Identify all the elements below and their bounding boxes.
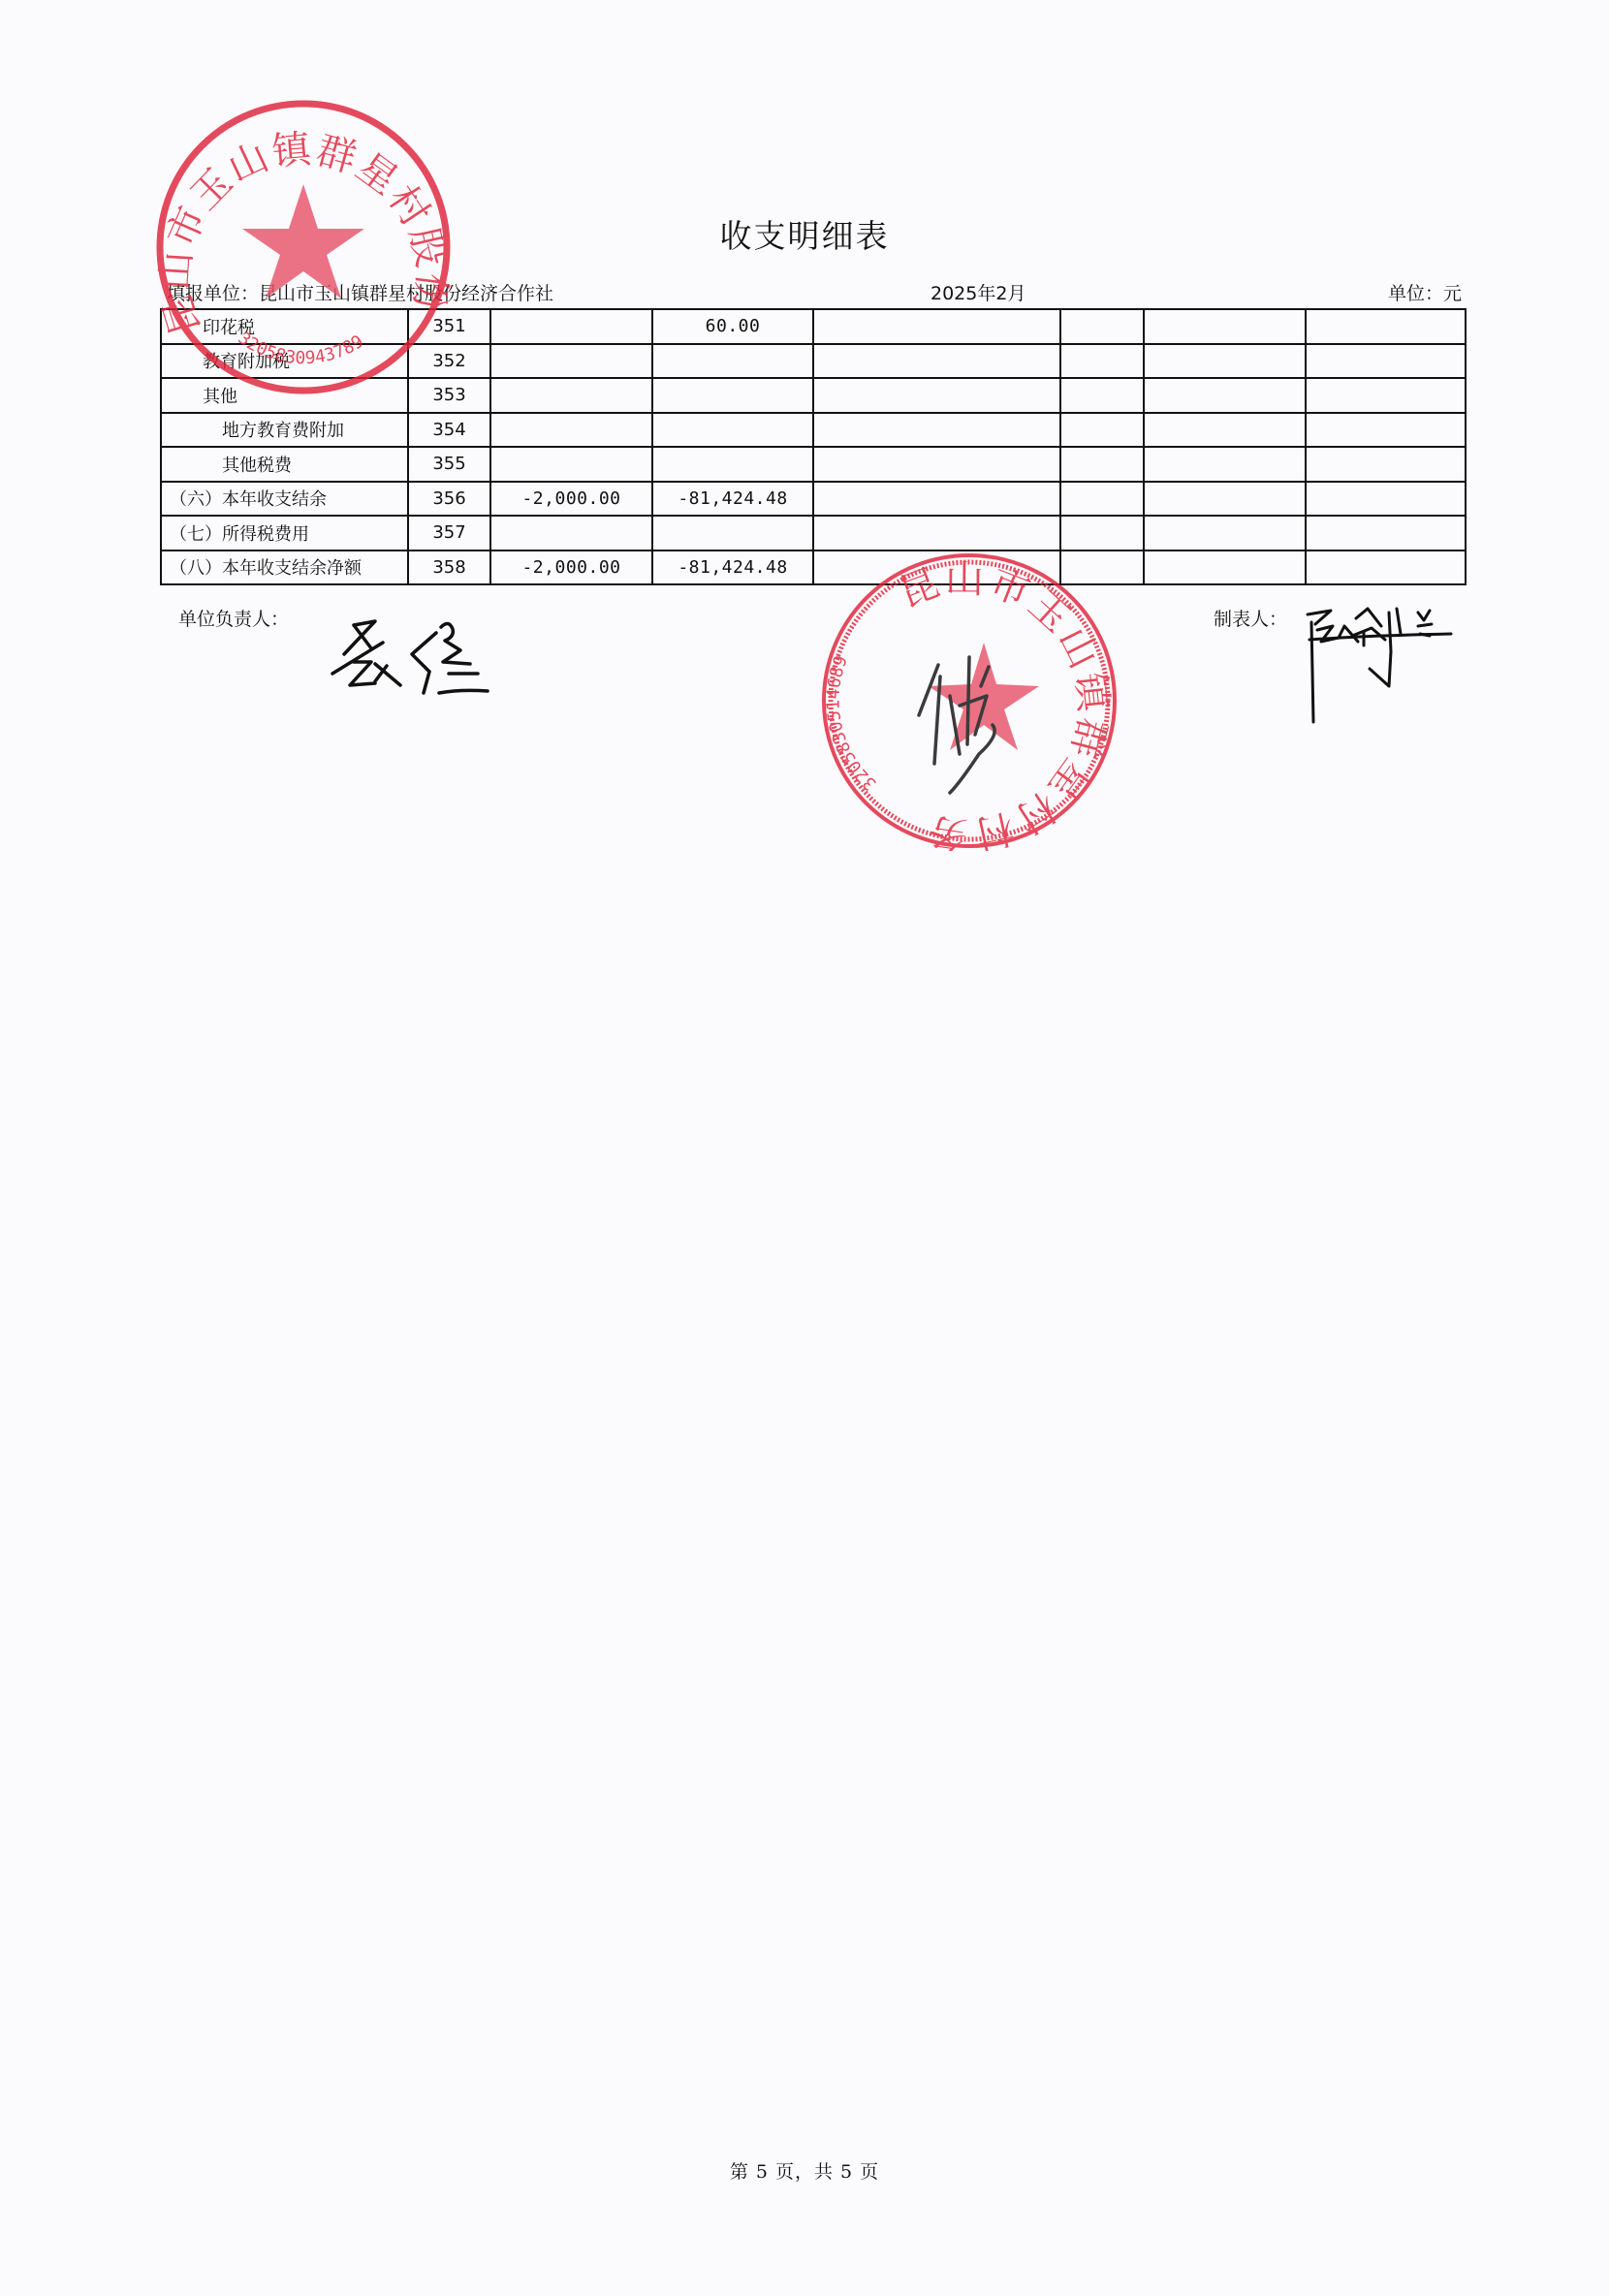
row-value-col3 <box>490 309 652 344</box>
row-value-col5 <box>813 482 1060 517</box>
row-name: 其他税费 <box>161 447 408 482</box>
row-code: 351 <box>408 309 490 344</box>
row-code: 354 <box>408 413 490 448</box>
table-row: 教育附加税352 <box>161 344 1466 379</box>
row-value-col4 <box>652 516 813 550</box>
row-value-col8 <box>1306 413 1466 448</box>
row-value-col8 <box>1306 482 1466 517</box>
row-code: 353 <box>408 378 490 413</box>
row-value-col5 <box>813 309 1060 344</box>
responsible-person-label: 单位负责人： <box>178 605 289 631</box>
page-indicator: 第 5 页，共 5 页 <box>0 2157 1609 2184</box>
row-value-col7 <box>1144 309 1306 344</box>
row-value-col6 <box>1060 413 1144 448</box>
table-row: （八）本年收支结余净额358-2,000.00-81,424.48 <box>161 550 1466 585</box>
row-value-col3 <box>490 344 652 379</box>
row-value-col6 <box>1060 550 1144 585</box>
row-value-col7 <box>1144 378 1306 413</box>
row-value-col5 <box>813 378 1060 413</box>
row-value-col8 <box>1306 516 1466 550</box>
row-value-col7 <box>1144 447 1306 482</box>
row-value-col6 <box>1060 482 1144 517</box>
row-value-col4: -81,424.48 <box>652 550 813 585</box>
row-value-col3: -2,000.00 <box>490 550 652 585</box>
row-value-col4 <box>652 378 813 413</box>
table-row: 地方教育费附加354 <box>161 413 1466 448</box>
row-value-col3 <box>490 413 652 448</box>
row-name: 其他 <box>161 378 408 413</box>
row-value-col8 <box>1306 378 1466 413</box>
row-value-col7 <box>1144 482 1306 517</box>
row-name: 教育附加税 <box>161 344 408 379</box>
row-name: （七）所得税费用 <box>161 516 408 550</box>
income-expense-table: 印花税35160.00教育附加税352其他353地方教育费附加354其他税费35… <box>160 308 1467 585</box>
row-value-col6 <box>1060 309 1144 344</box>
row-value-col6 <box>1060 447 1144 482</box>
preparer-signature <box>1304 601 1473 737</box>
row-value-col4 <box>652 413 813 448</box>
preparer-label: 制表人： <box>1214 605 1287 631</box>
row-value-col5 <box>813 447 1060 482</box>
row-value-col5 <box>813 516 1060 550</box>
table-row: （六）本年收支结余356-2,000.00-81,424.48 <box>161 482 1466 517</box>
row-value-col8 <box>1306 309 1466 344</box>
reporting-period: 2025年2月 <box>931 279 1025 305</box>
row-value-col7 <box>1144 413 1306 448</box>
row-code: 355 <box>408 447 490 482</box>
row-value-col6 <box>1060 344 1144 379</box>
reporting-unit: 填报单位：昆山市玉山镇群星村股份经济合作社 <box>167 279 553 305</box>
table-row: （七）所得税费用357 <box>161 516 1466 550</box>
table-row: 其他税费355 <box>161 447 1466 482</box>
row-value-col5 <box>813 344 1060 379</box>
row-value-col6 <box>1060 378 1144 413</box>
row-value-col7 <box>1144 516 1306 550</box>
svg-text:3205830514689: 3205830514689 <box>823 653 880 795</box>
table-row: 印花税35160.00 <box>161 309 1466 344</box>
row-value-col4: 60.00 <box>652 309 813 344</box>
row-value-col8 <box>1306 447 1466 482</box>
svg-text:昆山市玉山镇群星村村务监督委员会: 昆山市玉山镇群星村村务监督委员会 <box>814 550 1116 851</box>
row-value-col4 <box>652 344 813 379</box>
row-value-col5 <box>813 550 1060 585</box>
row-name: （六）本年收支结余 <box>161 482 408 517</box>
row-code: 357 <box>408 516 490 550</box>
row-code: 358 <box>408 550 490 585</box>
row-name: 地方教育费附加 <box>161 413 408 448</box>
row-code: 356 <box>408 482 490 517</box>
seal-bottom-text: 昆山市玉山镇群星村村务监督委员会 <box>814 550 1116 851</box>
row-code: 352 <box>408 344 490 379</box>
responsible-person-signature <box>315 615 509 698</box>
table-row: 其他353 <box>161 378 1466 413</box>
row-name: （八）本年收支结余净额 <box>161 550 408 585</box>
row-value-col6 <box>1060 516 1144 550</box>
row-value-col7 <box>1144 344 1306 379</box>
cooperative-seal-bottom-icon: 昆山市玉山镇群星村村务监督委员会 3205830514689 <box>814 550 1124 851</box>
row-value-col3 <box>490 378 652 413</box>
row-value-col4 <box>652 447 813 482</box>
row-value-col3 <box>490 516 652 550</box>
row-value-col8 <box>1306 344 1466 379</box>
row-value-col7 <box>1144 550 1306 585</box>
currency-unit: 单位：元 <box>1388 279 1462 305</box>
row-name: 印花税 <box>161 309 408 344</box>
row-value-col3 <box>490 447 652 482</box>
row-value-col8 <box>1306 550 1466 585</box>
row-value-col5 <box>813 413 1060 448</box>
row-value-col3: -2,000.00 <box>490 482 652 517</box>
row-value-col4: -81,424.48 <box>652 482 813 517</box>
document-title: 收支明细表 <box>0 211 1609 257</box>
